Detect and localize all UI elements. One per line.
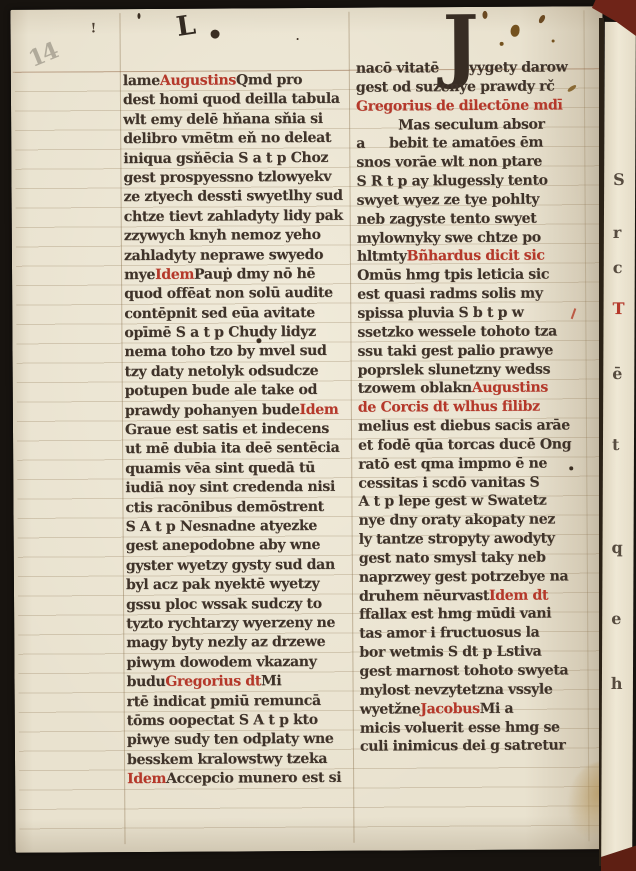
text-line: ratō est qma impmo ē ne [358,454,590,474]
text-segment: Pauṗ dmy nō hē [194,265,315,285]
top-ink-mark-excl: ! [91,21,97,36]
text-segment: Idem [299,400,338,420]
text-line: culi inimicus dei g satretur [360,737,592,757]
text-segment: iniqua gsňēcia S a t p Choz [123,148,328,169]
text-line: cessitas i scdō vanitas S [358,473,590,493]
text-segment: mylost nevzytetzna vssyle [360,680,553,700]
text-line: nye dny oraty akopaty nez [359,511,591,531]
text-line: zahladyty neprawe swyedo [124,245,352,266]
text-line: mylost nevzytetzna vssyle [360,680,592,700]
text-segment: Mi a [480,699,514,718]
text-segment [365,147,389,148]
text-line: naprzwey gest potrzebye na [359,567,591,587]
text-segment: mylownyky swe chtze po [357,228,541,248]
text-line: rtē indicat pmiū remuncā [127,691,355,712]
text-segment: micis voluerit esse hmg se [360,718,560,738]
text-segment: naprzwey gest potrzebye na [359,567,569,587]
text-segment: est quasi radms solis my [357,285,543,305]
text-line: zzywych knyh nemoz yeho [124,226,352,247]
text-line: neb zagyste tento swyet [357,209,589,229]
text-line: gest anepodobne aby wne [126,536,354,557]
edge-letter-fragment: T [613,299,625,318]
text-segment: Accepcio munero est si [166,769,341,789]
text-segment: zzywych knyh nemoz yeho [124,226,321,247]
text-segment: ze ztyech dessti swyetlhy sud [124,187,343,208]
text-segment: potupen bude ale take od [125,381,317,402]
text-segment: opīmē S a t p Chudy lidyz [124,323,315,344]
text-segment: Bñhardus dicit sic [407,247,545,267]
text-line: est quasi radms solis my [357,284,589,304]
text-line: tas amor i fructuosus la [359,624,591,644]
text-line: quod offēat non solū audite [124,284,352,305]
text-line: ctis racōnibus demōstrent [125,497,353,518]
text-line: spissa pluvia S b t p w [357,303,589,323]
text-segment: Augustins [472,379,548,398]
text-segment: budu [126,673,165,693]
text-segment: lame [123,72,160,92]
text-segment: tōms oopectat S A t p kto [127,711,318,732]
text-line: magy byty nezly az drzewe [126,633,354,654]
text-segment: gest nato smysl taky neb [359,548,546,568]
text-segment: ctis racōnibus demōstrent [125,498,323,519]
text-line: chtze tievt zahladyty lidy pak [124,206,352,227]
text-segment: magy byty nezly az drzewe [126,633,325,654]
ink-spot [137,13,140,19]
text-segment: ut mē dubia ita deē sentēcia [125,439,339,460]
text-line: poprslek slunetzny wedss [358,360,590,380]
edge-letter-fragment: t [612,435,624,454]
text-line: snos vorāe wlt non ptare [356,153,588,173]
text-line: contēpnit sed eūa avitate [124,303,352,324]
text-segment: a [356,135,365,154]
text-segment: Augustins [160,71,236,91]
text-line: tyzto rychtarzy wyerzeny ne [126,614,354,635]
text-line: tōms oopectat S A t p kto [127,711,355,732]
ink-spot [297,38,299,40]
text-line: gest marnost tohoto swyeta [359,661,591,681]
text-line: melius est diebus sacis arāe [358,416,590,436]
text-line: nacō vitatēyygety darow [356,58,588,78]
text-line: iniqua gsňēcia S a t p Choz [123,148,351,169]
text-segment: dest homi quod deilla tabula [123,90,340,111]
text-line: nema toho tzo by mvel sud [124,342,352,363]
text-segment: gyster wyetzy gysty sud dan [126,556,335,577]
text-line: ssetzko wessele tohoto tza [357,322,589,342]
text-line: ssu taki gest palio prawye [357,341,589,361]
text-line: dest homi quod deilla tabula [123,90,351,111]
text-line: tzy daty netolyk odsudcze [125,362,353,383]
text-segment: cessitas i scdō vanitas S [358,473,539,493]
text-segment: Qmd pro [236,71,302,91]
stain-spot [538,14,547,24]
text-segment: de Corcis dt wlhus filibz [358,398,540,418]
edge-letter-fragment: ē [612,364,624,383]
text-line: Graue est satis et indecens [125,420,353,441]
text-segment: melius est diebus sacis arāe [358,416,570,436]
text-segment: Gregorius de dilectōne mdī [356,96,563,116]
text-segment: nema toho tzo by mvel sud [124,342,326,363]
edge-letter-fragment: e [611,609,623,628]
text-line: budu Gregorius dt Mi [126,672,354,693]
text-line: iudiā noy sint credenda nisi [125,478,353,499]
text-line: tzowem oblakn Augustins [358,379,590,399]
text-line: gest nato smysl taky neb [359,548,591,568]
text-line: wyetžne Jacobus Mi a [360,699,592,719]
text-line: piwym dowodem vkazany [126,652,354,673]
edge-letter-fragment: q [611,538,623,557]
text-segment: druhem nēurvast [359,587,489,607]
text-segment: iudiā noy sint credenda nisi [125,478,335,499]
text-segment: nye dny oraty akopaty nez [359,511,556,531]
text-segment: piwym dowodem vkazany [126,653,316,674]
edge-letter-fragment: c [613,258,625,277]
text-segment: A t p lepe gest w Swatetz [358,492,546,512]
text-segment: Idem dt [489,586,548,605]
text-segment: ly tantze stropyty awodyty [359,530,555,550]
text-segment: mye [124,266,155,286]
text-segment: delibro vmētm eň no deleat [123,129,331,150]
folio-number-pencil: 14 [25,37,61,73]
text-line: mylownyky swe chtze po [357,228,589,248]
text-line: hltmty Bñhardus dicit sic [357,247,589,267]
stain-spot [500,42,504,46]
text-line: bor wetmis S dt p Lstiva [359,642,591,662]
text-segment: gssu ploc wssak sudczy to [126,594,322,615]
text-segment: piwye sudy ten odplaty wne [127,730,334,751]
text-line: et fodē qūa torcas ducē Ong [358,435,590,455]
text-segment: neb zagyste tento swyet [357,209,537,229]
text-line: abebit te amatōes ēm [356,134,588,154]
text-segment: S A t p Nesnadne atyezke [126,517,318,538]
text-segment: ssetzko wessele tohoto tza [357,322,557,342]
text-segment: Idem [155,266,194,286]
text-line: A t p lepe gest w Swatetz [358,492,590,512]
text-line: wlt emy delē hňana sňia si [123,110,351,131]
text-segment: Mas seculum absor [398,115,545,135]
text-segment: gest od suzenye prawdy rč [356,77,555,97]
text-segment: bor wetmis S dt p Lstiva [359,643,541,663]
text-line: lame Augustins Qmd pro [123,71,351,92]
text-segment: tas amor i fructuosus la [359,624,539,644]
text-line: druhem nēurvast Idem dt [359,586,591,606]
edge-letter-fragment: r [613,223,625,242]
text-line: de Corcis dt wlhus filibz [358,397,590,417]
text-line: piwye sudy ten odplaty wne [127,730,355,751]
text-segment [356,128,398,129]
text-line: gest prospyessno tzlowyekv [123,168,351,189]
text-line: Omūs hmg tpis leticia sic [357,266,589,286]
text-segment: bebit te amatōes ēm [389,134,543,154]
stain-spot [552,39,555,42]
text-line: ze ztyech dessti swyetlhy sud [124,187,352,208]
text-line: ly tantze stropyty awodyty [359,529,591,549]
text-line: ut mē dubia ita deē sentēcia [125,439,353,460]
text-segment: wyetžne [360,700,421,719]
top-ink-mark-l: L [174,10,197,43]
next-leaf-edge: SrcTētqeh [601,22,636,862]
text-segment: Graue est satis et indecens [125,420,329,441]
text-line: mye Idem Pauṗ dmy nō hē [124,265,352,286]
text-segment: byl acz pak nyektē wyetzy [126,575,320,596]
text-segment: Jacobus [420,700,479,719]
text-segment [439,71,469,72]
text-segment: yygety darow [469,58,568,77]
ink-spot [211,30,220,39]
stain-spot [511,25,520,37]
text-segment: quamis vēa sint quedā tū [125,459,315,480]
text-line: byl acz pak nyektē wyetzy [126,575,354,596]
text-segment: gest prospyessno tzlowyekv [123,168,331,189]
stain-spot [482,11,487,19]
text-line: opīmē S a t p Chudy lidyz [124,323,352,344]
text-line: potupen bude ale take od [125,381,353,402]
text-line: Idem Accepcio munero est si [127,769,355,790]
next-leaf-fragments: SrcTētqeh [611,152,625,693]
text-line: gssu ploc wssak sudczy to [126,594,354,615]
text-line: S R t p ay klugessly tento [356,171,588,191]
text-segment: besskem kralowstwy tzeka [127,750,327,771]
text-line: micis voluerit esse hmg se [360,718,592,738]
text-line: gest od suzenye prawdy rč [356,77,588,97]
text-segment: culi inimicus dei g satretur [360,737,566,757]
text-segment: ratō est qma impmo ē ne [358,454,547,474]
text-line: quamis vēa sint quedā tū [125,459,353,480]
text-segment: rtē indicat pmiū remuncā [127,691,321,712]
text-segment: gest anepodobne aby wne [126,536,321,557]
text-segment: prawdy pohanyen bude [125,401,300,421]
text-line: prawdy pohanyen bude Idem [125,400,353,421]
text-line: delibro vmētm eň no deleat [123,129,351,150]
text-line: swyet wyez ze tye pohlty [357,190,589,210]
text-segment: zahladyty neprawe swyedo [124,245,323,266]
text-column-left: lame Augustins Qmd prodest homi quod dei… [123,71,355,790]
text-segment: spissa pluvia S b t p w [357,304,523,324]
text-segment: contēpnit sed eūa avitate [124,304,315,325]
text-segment: et fodē qūa torcas ducē Ong [358,435,571,455]
text-line: ffallax est hmg mūdi vani [359,605,591,625]
text-segment: S R t p ay klugessly tento [356,172,547,192]
text-line: Mas seculum absor [356,115,588,135]
text-segment: gest marnost tohoto swyeta [359,661,568,681]
text-segment: hltmty [357,248,407,267]
text-segment: tzowem oblakn [358,379,472,399]
text-segment: swyet wyez ze tye pohlty [357,190,540,210]
text-segment: poprslek slunetzny wedss [358,360,551,380]
text-segment: tyzto rychtarzy wyerzeny ne [126,614,335,635]
text-segment: ffallax est hmg mūdi vani [359,605,551,625]
text-line: Gregorius de dilectōne mdī [356,96,588,116]
text-segment: wlt emy delē hňana sňia si [123,110,323,131]
text-segment: Mi [261,672,281,692]
text-segment: tzy daty netolyk odsudcze [125,362,319,383]
text-segment: ssu taki gest palio prawye [357,341,553,361]
text-segment: Gregorius dt [165,672,261,692]
text-segment: quod offēat non solū audite [124,284,333,305]
text-segment: snos vorāe wlt non ptare [356,153,542,173]
text-segment: Omūs hmg tpis leticia sic [357,266,549,286]
text-column-right: nacō vitatēyygety darowgest od suzenye p… [356,58,592,757]
text-segment: Idem [127,770,166,790]
text-line: besskem kralowstwy tzeka [127,749,355,770]
manuscript-page: 14 L ! J lame Augustins Qmd prodest homi… [10,6,607,853]
edge-letter-fragment: S [613,170,625,189]
edge-letter-fragment: h [611,674,623,693]
text-line: S A t p Nesnadne atyezke [126,517,354,538]
text-segment: nacō vitatē [356,59,439,78]
text-line: gyster wyetzy gysty sud dan [126,555,354,576]
text-segment: chtze tievt zahladyty lidy pak [124,207,343,228]
